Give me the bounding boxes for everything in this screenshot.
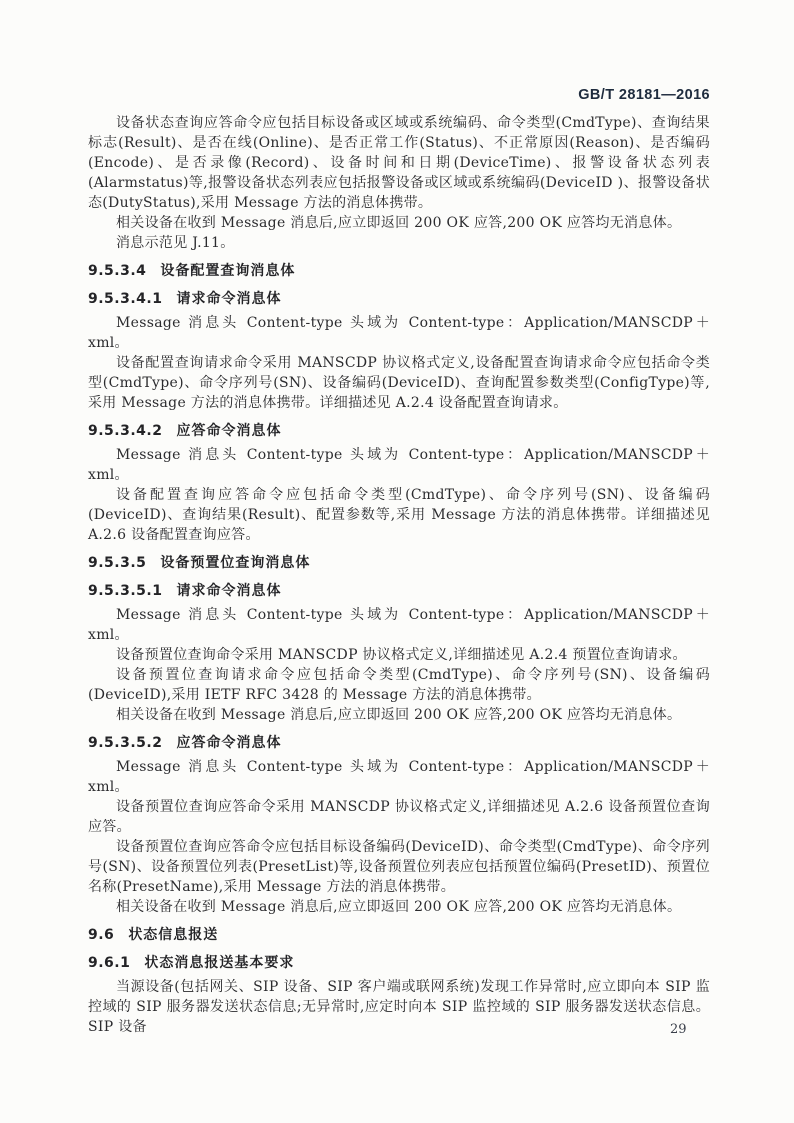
document-body: 设备状态查询应答命令应包括目标设备或区域或系统编码、命令类型(CmdType)、… (88, 113, 710, 1037)
section-title: 应答命令消息体 (176, 423, 281, 439)
page-number: 29 (670, 1023, 687, 1036)
section-number: 9.5.3.5 (88, 555, 146, 571)
section-number: 9.5.3.5.1 (88, 583, 162, 599)
section-heading-9-5-3-4: 9.5.3.4设备配置查询消息体 (88, 261, 710, 281)
section-heading-9-5-3-5-1: 9.5.3.5.1请求命令消息体 (88, 581, 710, 601)
section-title: 请求命令消息体 (176, 291, 281, 307)
paragraph: Message 消息头 Content-type 头域为 Content-typ… (88, 313, 710, 353)
standard-number-header: GB/T 28181—2016 (578, 88, 710, 103)
paragraph: 设备预置位查询命令采用 MANSCDP 协议格式定义,详细描述见 A.2.4 预… (88, 645, 710, 665)
section-number: 9.5.3.4.1 (88, 291, 162, 307)
document-page: GB/T 28181—2016 设备状态查询应答命令应包括目标设备或区域或系统编… (0, 0, 794, 1123)
section-heading-9-6: 9.6状态信息报送 (88, 925, 710, 945)
section-number: 9.5.3.4.2 (88, 423, 162, 439)
paragraph: 设备状态查询应答命令应包括目标设备或区域或系统编码、命令类型(CmdType)、… (88, 113, 710, 213)
paragraph: 相关设备在收到 Message 消息后,应立即返回 200 OK 应答,200 … (88, 213, 710, 233)
paragraph: 当源设备(包括网关、SIP 设备、SIP 客户端或联网系统)发现工作异常时,应立… (88, 977, 710, 1037)
section-title: 状态消息报送基本要求 (144, 955, 294, 971)
section-heading-9-5-3-4-2: 9.5.3.4.2应答命令消息体 (88, 421, 710, 441)
section-heading-9-5-3-4-1: 9.5.3.4.1请求命令消息体 (88, 289, 710, 309)
section-title: 状态信息报送 (128, 927, 218, 943)
paragraph: 相关设备在收到 Message 消息后,应立即返回 200 OK 应答,200 … (88, 897, 710, 917)
section-title: 应答命令消息体 (176, 735, 281, 751)
paragraph: 消息示范见 J.11。 (88, 233, 710, 253)
paragraph: Message 消息头 Content-type 头域为 Content-typ… (88, 445, 710, 485)
section-number: 9.5.3.4 (88, 263, 146, 279)
section-title: 设备预置位查询消息体 (160, 555, 310, 571)
section-heading-9-5-3-5-2: 9.5.3.5.2应答命令消息体 (88, 733, 710, 753)
section-title: 请求命令消息体 (176, 583, 281, 599)
section-heading-9-6-1: 9.6.1状态消息报送基本要求 (88, 953, 710, 973)
paragraph: 设备配置查询应答命令应包括命令类型(CmdType)、命令序列号(SN)、设备编… (88, 485, 710, 545)
section-number: 9.6.1 (88, 955, 130, 971)
paragraph: Message 消息头 Content-type 头域为 Content-typ… (88, 605, 710, 645)
paragraph: Message 消息头 Content-type 头域为 Content-typ… (88, 757, 710, 797)
paragraph: 设备预置位查询应答命令应包括目标设备编码(DeviceID)、命令类型(CmdT… (88, 837, 710, 897)
section-number: 9.5.3.5.2 (88, 735, 162, 751)
paragraph: 设备预置位查询应答命令采用 MANSCDP 协议格式定义,详细描述见 A.2.6… (88, 797, 710, 837)
section-heading-9-5-3-5: 9.5.3.5设备预置位查询消息体 (88, 553, 710, 573)
paragraph: 设备配置查询请求命令采用 MANSCDP 协议格式定义,设备配置查询请求命令应包… (88, 353, 710, 413)
section-title: 设备配置查询消息体 (160, 263, 295, 279)
paragraph: 相关设备在收到 Message 消息后,应立即返回 200 OK 应答,200 … (88, 705, 710, 725)
paragraph: 设备预置位查询请求命令应包括命令类型(CmdType)、命令序列号(SN)、设备… (88, 665, 710, 705)
section-number: 9.6 (88, 927, 114, 943)
